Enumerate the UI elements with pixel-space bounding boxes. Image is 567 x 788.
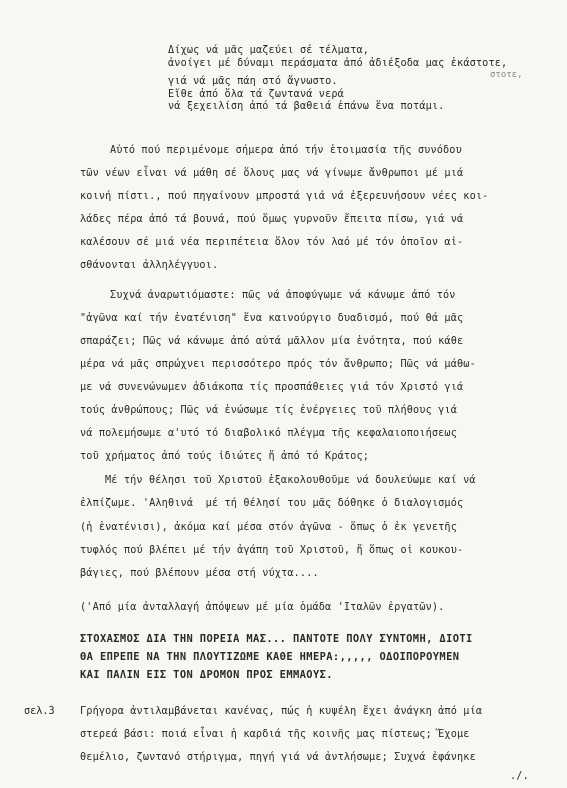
text-line: καλέσουν σέ μιά νέα περιπέτεια ὅλον τόν … <box>80 237 463 249</box>
poem-line: γιά νά μᾶς πάη στό ἄγνωστο. <box>168 76 338 88</box>
caps-line: ΣΤΟΧΑΣΜΟΣ ΔΙΑ ΤΗΝ ΠΟΡΕΙΑ ΜΑΣ... ΠΑΝΤΟΤΕ … <box>80 633 473 645</box>
caps-line: ΚΑΙ ΠΑΛΙΝ ΕΙΣ ΤΟΝ ΔΡΟΜΟΝ ΠΡΟΣ ΕΜΜΑΟΥΣ. <box>80 669 333 681</box>
text-line: τοῦ χρήματος ἀπό τούς ἰδιώτες ἤ ἀπό τό Κ… <box>80 451 369 463</box>
text-line: τούς ἀνθρώπους; Πῶς νά ἑνώσωμε τίς ἐνέργ… <box>80 405 457 417</box>
text-line: (ἡ ἐνατένισι), ἀκόμα καί μέσα στόν ἀγῶνα… <box>80 522 457 534</box>
continuation-mark: ./. <box>510 771 529 783</box>
text-line: σπαράζει; Πῶς νά κάνωμε ἀπό αὐτά μᾶλλον … <box>80 336 463 348</box>
text-line: θεμέλιο, ζωντανό στήριγμα, πηγή γιά νά ἀ… <box>80 752 476 764</box>
text-line: στερεά βάσι: ποιά εἶναι ἡ καρδιά τῆς κοι… <box>80 729 470 741</box>
text-line: Συχνά ἀναρωτιόμαστε: πῶς νά ἀποφύγωμε νά… <box>110 290 456 302</box>
poem-line: Δίχως νά μᾶς μαζεύει σέ τέλματα, <box>168 45 369 57</box>
poem-line: νά ξεχειλίση ἀπό τά βαθειά ἐπάνω ἕνα ποτ… <box>168 101 444 113</box>
text-line: Μέ τήν θέλησι τοῦ Χριστοῦ ἐξακολουθοῦμε … <box>105 475 476 487</box>
text-line: "ἀγῶνα καί τήν ἐνατένιση" ἕνα καινούργιο… <box>80 313 463 325</box>
text-line: με νά συνενώνωμεν ἀδιάκοπα τίς προσπάθει… <box>80 382 463 394</box>
poem-line: ἀνοίγει μέ δύναμι περάσματα ἀπό ἀδιέξοδα… <box>168 58 507 70</box>
page-margin-note: σελ.3 <box>24 706 55 717</box>
text-line: νά πολεμήσωμε α'υτό τό διαβολικό πλέγμα … <box>80 428 457 440</box>
text-line: τυφλός πού βλέπει μέ τήν ἀγάπη τοῦ Χριστ… <box>80 545 463 557</box>
text-line: τῶν νέων εἶναι νά μάθη σέ ὅλους μας νά γ… <box>80 168 463 180</box>
text-line: μέρα νά μᾶς σπρώχνει περισσότερο πρός τό… <box>80 359 476 371</box>
text-line: ἐλπίζωμε. 'Αληθινά μέ τή θέλησί του μᾶς … <box>80 498 463 510</box>
text-line: λάδες πέρα ἀπό τά βουνά, πού ὅμως γυρνοῦ… <box>80 214 463 226</box>
caps-line: ΘΑ ΕΠΡΕΠΕ ΝΑ ΤΗΝ ΠΛΟΥΤΙΖΩΜΕ ΚΑΘΕ ΗΜΕΡΑ:,… <box>80 651 459 663</box>
text-line: Αὐτό πού περιμένομε σήμερα ἀπό τήν ἑτοιμ… <box>110 145 462 157</box>
source-note: ('Από μία ἀνταλλαγή ἀπόψεων μέ μία ὁμάδα… <box>80 602 444 614</box>
poem-line: Εἴθε ἀπό ὅλα τά ζωντανά νερά <box>168 89 344 101</box>
text-line: κοινή πίστι., πού πηγαίνουν μπροστά γιά … <box>80 191 488 203</box>
text-line: Γρήγορα ἀντιλαμβάνεται κανένας, πώς ἡ κυ… <box>80 706 482 718</box>
poem-correction: στοτε, <box>490 70 523 80</box>
text-line: σθάνονται ἀλληλέγγυοι. <box>80 260 218 272</box>
text-line: βάγιες, πού βλέπουν μέσα στή νύχτα.... <box>80 568 319 580</box>
typewritten-page: Δίχως νά μᾶς μαζεύει σέ τέλματα, ἀνοίγει… <box>0 0 567 788</box>
